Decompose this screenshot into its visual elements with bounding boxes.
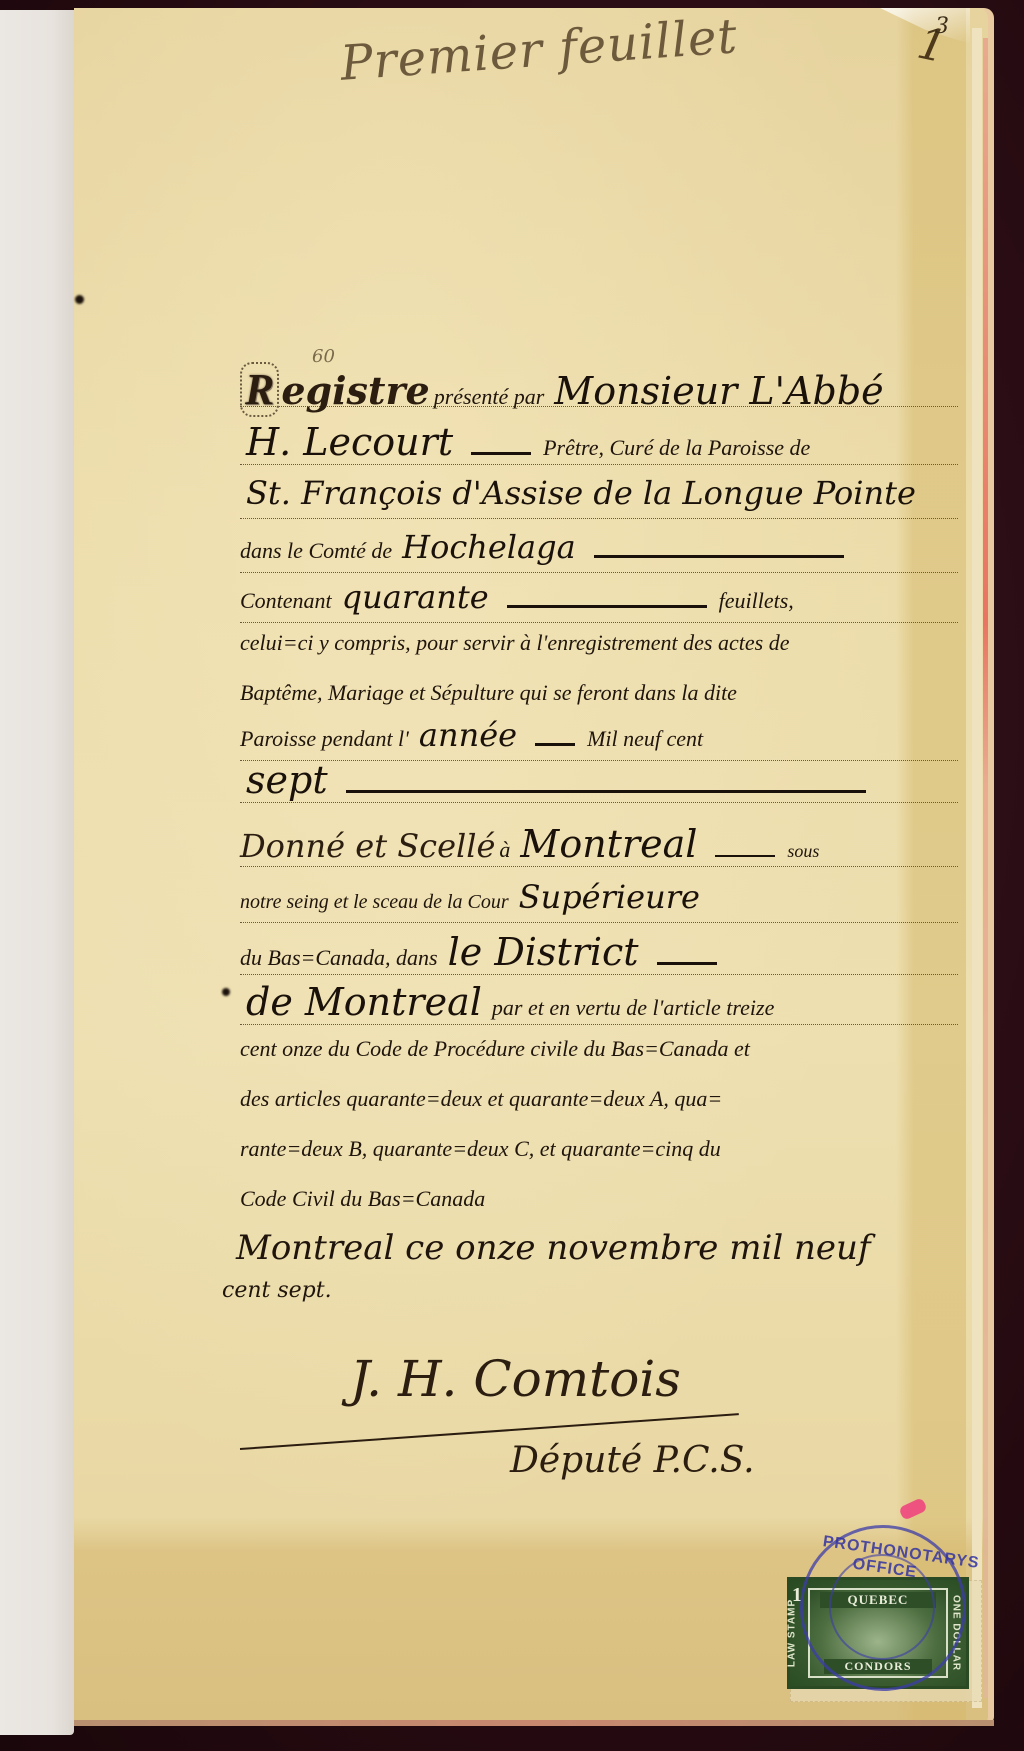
handwritten-fill: le District (442, 930, 645, 974)
form-line: Registre présenté par Monsieur L'Abbé (240, 362, 958, 407)
handwritten-fill: quarante (336, 578, 495, 616)
form-line: celui=ci y compris, pour servir à l'enre… (240, 630, 958, 656)
handwritten-fill: Montreal (514, 822, 703, 866)
date-line-continued: cent sept. (222, 1278, 332, 1303)
form-line: de Montreal par et en vertu de l'article… (240, 980, 958, 1025)
printed-text: par et en vertu de l'article treize (492, 995, 774, 1020)
form-line: Paroisse pendant l' année Mil neuf cent (240, 716, 958, 761)
printed-text: notre seing et le sceau de la Cour (240, 891, 509, 913)
printed-text: Paroisse pendant l' (240, 726, 409, 751)
form-line: Code Civil du Bas=Canada (240, 1186, 958, 1212)
dash-rule (535, 743, 575, 746)
form-line: sept (240, 758, 958, 803)
form-line: Contenant quarante feuillets, (240, 578, 958, 623)
form-line: dans le Comté de Hochelaga (240, 528, 958, 573)
handwritten-fill: de Montreal (240, 980, 488, 1024)
printed-text: présenté par (434, 384, 545, 409)
form-line: rante=deux B, quarante=deux C, et quaran… (240, 1136, 958, 1162)
ornate-initial: R (240, 362, 279, 417)
dash-rule (715, 855, 775, 857)
ink-spot (222, 988, 230, 996)
ink-spot (75, 295, 84, 304)
form-line: cent onze du Code de Procédure civile du… (240, 1036, 958, 1062)
line-lead: Donné et Scellé (240, 827, 495, 865)
handwritten-fill: Monsieur L'Abbé (548, 369, 889, 413)
stamp-left-text: LAW STAMP (787, 1599, 798, 1667)
dash-rule (507, 605, 707, 608)
handwritten-fill: St. François d'Assise de la Longue Point… (240, 474, 922, 512)
printed-text: feuillets, (719, 588, 794, 613)
handwritten-fill: année (413, 716, 523, 754)
red-page-edge (983, 38, 988, 1698)
dash-rule (657, 962, 717, 965)
form-line: des articles quarante=deux et quarante=d… (240, 1086, 958, 1112)
printed-text: Contenant (240, 588, 332, 613)
form-line: notre seing et le sceau de la Cour Supér… (240, 878, 958, 923)
printed-text: à (499, 837, 510, 862)
dash-rule (594, 555, 844, 558)
handwritten-fill: Supérieure (513, 878, 706, 916)
handwritten-fill: H. Lecourt (240, 420, 459, 464)
page-edge (972, 28, 982, 1708)
corner-mark: 3 (935, 14, 949, 39)
dash-rule (471, 452, 531, 455)
form-line: St. François d'Assise de la Longue Point… (240, 474, 958, 519)
prothonotary-seal: PROTHONOTARYS OFFICE (800, 1525, 966, 1691)
printed-text: du Bas=Canada, dans (240, 945, 438, 970)
flyleaf-page (0, 10, 74, 1735)
form-line: Donné et Scellé à Montreal sous (240, 822, 958, 867)
printed-text: dans le Comté de (240, 538, 392, 563)
form-line: du Bas=Canada, dans le District (240, 930, 958, 975)
date-line: Montreal ce onze novembre mil neuf (236, 1228, 871, 1268)
line-lead: egistre (281, 368, 429, 413)
printed-text: sous (787, 841, 819, 861)
form-line: H. Lecourt Prêtre, Curé de la Paroisse d… (240, 420, 958, 465)
signature-title: Député P.C.S. (510, 1440, 755, 1481)
signature: J. H. Comtois (350, 1350, 681, 1408)
handwritten-fill: sept (240, 758, 334, 802)
handwritten-fill: Hochelaga (396, 528, 582, 566)
form-line: Baptême, Mariage et Sépulture qui se fer… (240, 680, 958, 706)
dash-rule (346, 790, 866, 793)
printed-text: Mil neuf cent (587, 726, 703, 751)
page-bottom-edge (74, 1720, 994, 1726)
printed-text: Prêtre, Curé de la Paroisse de (543, 435, 810, 460)
